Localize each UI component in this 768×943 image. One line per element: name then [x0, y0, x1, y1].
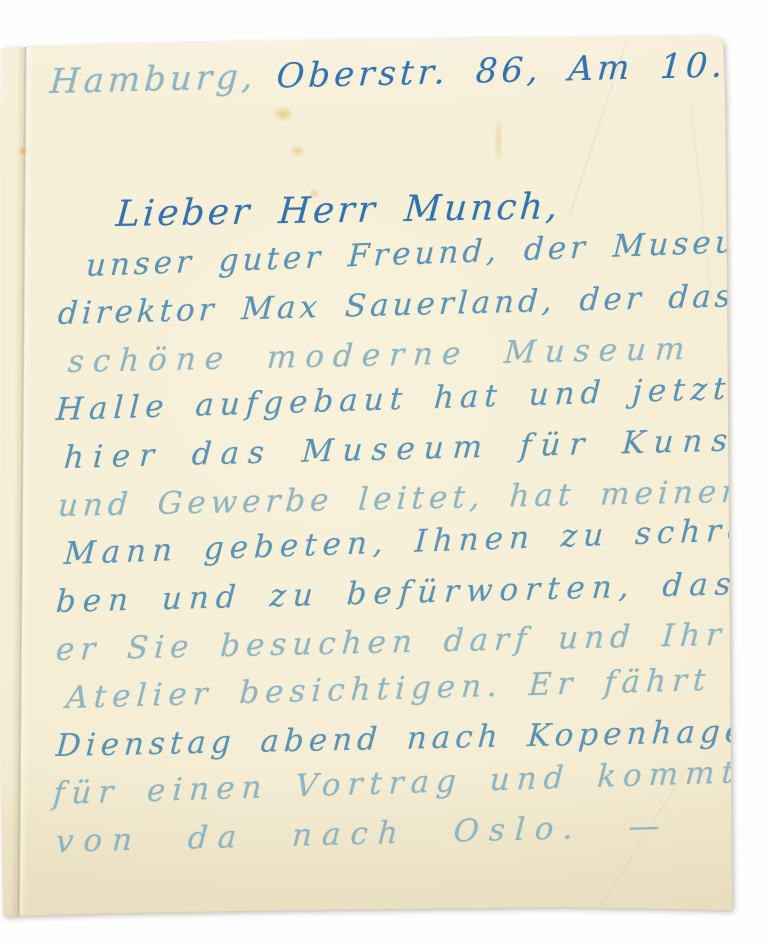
body-line: von da nach Oslo. — [55, 808, 671, 860]
dateline-place: Hamburg, [49, 57, 258, 102]
body-line: hier das Museum für Kunst [63, 422, 759, 476]
stain-spot [272, 106, 294, 122]
body-line: er Sie besuchen darf und Ihr [55, 617, 728, 668]
body-line: ben und zu befürworten, dass [55, 566, 762, 621]
body-line: Atelier besichtigen. Er fährt [65, 662, 712, 716]
salutation: Lieber Herr Munch, [115, 186, 562, 235]
dateline: Hamburg,Oberstr. 86, Am 10. Jan. [49, 43, 768, 102]
letter-paper: Hamburg,Oberstr. 86, Am 10. Jan. Lieber … [0, 36, 734, 916]
stain-streak [494, 114, 503, 166]
body-line: Halle aufgebaut hat und jetzt [55, 371, 733, 428]
paper-sheet: Hamburg,Oberstr. 86, Am 10. Jan. Lieber … [0, 36, 734, 916]
body-line: für einen Vortrag und kommt [52, 754, 742, 812]
dateline-address-date: Oberstr. 86, Am 10. Jan. [275, 43, 768, 97]
letter-scan: Hamburg,Oberstr. 86, Am 10. Jan. Lieber … [0, 0, 768, 943]
body-line: direktor Max Sauerland, der das [57, 278, 736, 332]
fold-crease [11, 32, 34, 920]
stain-spot [18, 146, 28, 156]
stain-spot [290, 144, 306, 158]
